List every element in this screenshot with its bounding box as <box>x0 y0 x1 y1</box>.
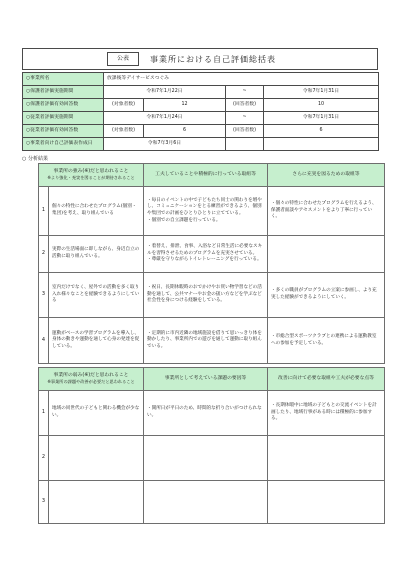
row-number: 3 <box>39 481 49 524</box>
weaknesses-row: 3 <box>39 481 385 524</box>
weaknesses-header-row: 事業所の弱み(※)だと思われること ※事業所の課題や改善が必要だと思われること … <box>39 368 385 391</box>
weaknesses-header-col1: 事業所の弱み(※)だと思われること ※事業所の課題や改善が必要だと思われること <box>39 368 144 391</box>
analysis-section-label: ○ 分析結果 <box>22 155 48 162</box>
office-name-row: ○事業所名 放課後等デイサービスつぐみ <box>23 73 379 86</box>
self-eval-date-value: 令和7年3月6日 <box>104 138 226 151</box>
office-name-label: ○事業所名 <box>23 73 104 86</box>
weaknesses-table: 事業所の弱み(※)だと思われること ※事業所の課題や改善が必要だと思われること … <box>38 367 385 524</box>
guardian-period-tilde: ~ <box>226 86 264 99</box>
cause-text: ・開所日が平日のため、時間的な折り合いがつけられない。 <box>144 391 268 436</box>
weaknesses-header-col2: 事業所として考えている課題の要因等 <box>144 368 268 391</box>
weakness-text <box>49 481 144 524</box>
weaknesses-row: 1 地域の同世代の子どもと関わる機会が少ない。 ・開所日が平日のため、時間的な折… <box>39 391 385 436</box>
weaknesses-row: 2 <box>39 436 385 481</box>
row-number: 3 <box>39 273 49 318</box>
strength-text: 室内だけでなく、屋外での活動を多く取り入れ様々なことを経験できるようにしている <box>49 273 144 318</box>
staff-period-tilde: ~ <box>226 112 264 125</box>
strengths-row: 4 運動がベースの学習プログラムを導入し、身体の動きや運動を通して心身の発達を促… <box>39 318 385 364</box>
staff-period-from: 令和7年1月24日 <box>104 112 226 125</box>
guardian-count-label: ○保護者評価有効回答数 <box>23 99 104 112</box>
strength-text: 運動がベースの学習プログラムを導入し、身体の動きや運動を通して心身の発達を促して… <box>49 318 144 364</box>
strengths-header-col1: 事業所の強み(※)だと思われること ※より強化・充実を図ることが期待されること <box>39 164 144 187</box>
empty-cell <box>226 138 264 151</box>
empty-cell <box>264 138 379 151</box>
improvement-text <box>268 436 385 481</box>
page-title: 事業所における自己評価総括表 <box>150 54 276 65</box>
row-number: 1 <box>39 187 49 236</box>
staff-period-to: 令和7年1月31日 <box>264 112 379 125</box>
self-eval-date-label: ○事業者向け自己評価表作成日 <box>23 138 104 151</box>
guardian-period-to: 令和7年1月31日 <box>264 86 379 99</box>
guardian-respondent-label: (回答者数) <box>226 99 264 112</box>
guardian-period-from: 令和7年1月22日 <box>104 86 226 99</box>
strengths-header-col1-line2: ※より強化・充実を図ることが期待されること <box>41 175 141 181</box>
strengths-row: 3 室内だけでなく、屋外での活動を多く取り入れ様々なことを経験できるようにしてい… <box>39 273 385 318</box>
row-number: 2 <box>39 436 49 481</box>
office-name-value: 放課後等デイサービスつぐみ <box>104 73 379 86</box>
publication-stamp: 公表 <box>107 52 139 66</box>
row-number: 4 <box>39 318 49 364</box>
guardian-respondent-count: 10 <box>264 99 379 112</box>
staff-target-count: 6 <box>144 125 226 138</box>
cause-text <box>144 481 268 524</box>
weakness-text <box>49 436 144 481</box>
guardian-period-label: ○保護者評価実施期間 <box>23 86 104 99</box>
staff-target-label: (対象者数) <box>104 125 144 138</box>
enhancement-text: ・市総合型スポーツクラブとの連携による運動教室への参加を予定している。 <box>268 318 385 364</box>
row-number: 1 <box>39 391 49 436</box>
weaknesses-header-col3: 改善に向けて必要な取組や工夫が必要な点等 <box>268 368 385 391</box>
enhancement-text: ・多くの職員がプログラムの立案に参画し、より充実した経験ができるようにしていく。 <box>268 273 385 318</box>
weaknesses-header-col1-line2: ※事業所の課題や改善が必要だと思われること <box>41 379 141 385</box>
document-page: 公表 事業所における自己評価総括表 ○事業所名 放課後等デイサービスつぐみ ○保… <box>0 0 400 566</box>
guardian-period-row: ○保護者評価実施期間 令和7年1月22日 ~ 令和7年1月31日 <box>23 86 379 99</box>
improvement-text: ・長期休暇中に地域の子どもとの交流イベントを計画したり、地域行事がある時には積極… <box>268 391 385 436</box>
initiative-text: ・着替え、排泄、食事、入浴など日常生活に必要なスキルを習得させるためのプログラム… <box>144 236 268 273</box>
enhancement-text: ・個々の特性に合わせたプログラムを行えるよう、保護者面談やアセスメントをより丁寧… <box>268 187 385 236</box>
improvement-text <box>268 481 385 524</box>
cause-text <box>144 436 268 481</box>
staff-period-label: ○従業者評価実施期間 <box>23 112 104 125</box>
staff-period-row: ○従業者評価実施期間 令和7年1月24日 ~ 令和7年1月31日 <box>23 112 379 125</box>
guardian-target-label: (対象者数) <box>104 99 144 112</box>
strength-text: 実際の生活場面に即しながら、身辺自立の活動に取り組んでいる。 <box>49 236 144 273</box>
strengths-header-col3: さらに充実を図るための取組等 <box>268 164 385 187</box>
initiative-text: ・祝日、長期休暇時のおでかけやお買い物学習などの活動を通して、公共マナーやお金の… <box>144 273 268 318</box>
title-bar: 公表 事業所における自己評価総括表 <box>22 48 378 70</box>
staff-count-label: ○従業者評価有効回答数 <box>23 125 104 138</box>
strengths-row: 2 実際の生活場面に即しながら、身辺自立の活動に取り組んでいる。 ・着替え、排泄… <box>39 236 385 273</box>
strengths-header-col2: 工夫していることや積極的に行っている取組等 <box>144 164 268 187</box>
strengths-header-row: 事業所の強み(※)だと思われること ※より強化・充実を図ることが期待されること … <box>39 164 385 187</box>
self-eval-date-row: ○事業者向け自己評価表作成日 令和7年3月6日 <box>23 138 379 151</box>
staff-count-row: ○従業者評価有効回答数 (対象者数) 6 (回答者数) 6 <box>23 125 379 138</box>
initiative-text: ・毎日のイベントの中で子どもたち同士の関わりを増やし、コミュニケーションをとる練… <box>144 187 268 236</box>
initiative-text: ・定期的に市内近隣の地域施設を借りて思いっきり体を動かしたり、事業所内での遊びを… <box>144 318 268 364</box>
weakness-text: 地域の同世代の子どもと関わる機会が少ない。 <box>49 391 144 436</box>
strengths-row: 1 個々の特性に合わせたプログラム(個別・集団)を考え、取り組んでいる ・毎日の… <box>39 187 385 236</box>
enhancement-text <box>268 236 385 273</box>
guardian-target-count: 12 <box>144 99 226 112</box>
strength-text: 個々の特性に合わせたプログラム(個別・集団)を考え、取り組んでいる <box>49 187 144 236</box>
row-number: 2 <box>39 236 49 273</box>
guardian-count-row: ○保護者評価有効回答数 (対象者数) 12 (回答者数) 10 <box>23 99 379 112</box>
staff-respondent-count: 6 <box>264 125 379 138</box>
staff-respondent-label: (回答者数) <box>226 125 264 138</box>
strengths-table: 事業所の強み(※)だと思われること ※より強化・充実を図ることが期待されること … <box>38 163 385 364</box>
office-info-table: ○事業所名 放課後等デイサービスつぐみ ○保護者評価実施期間 令和7年1月22日… <box>22 72 379 151</box>
